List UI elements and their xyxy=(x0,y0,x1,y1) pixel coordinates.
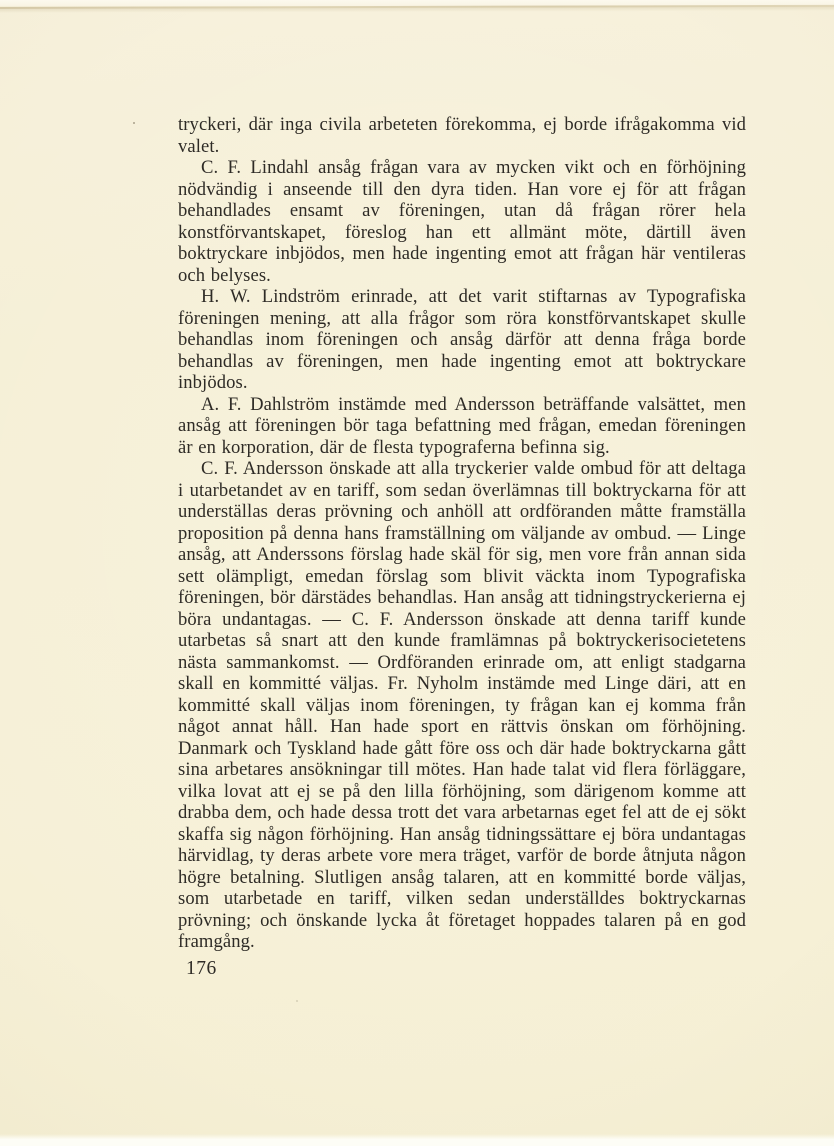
paragraph-lindahl: C. F. Lindahl ansåg frågan vara av mycke… xyxy=(178,157,746,286)
scanned-book-page: tryckeri, där inga civila arbeteten före… xyxy=(0,0,834,1146)
page-edge-shadow xyxy=(0,7,834,13)
paper-speck xyxy=(545,123,547,124)
paragraph-continuation: tryckeri, där inga civila arbeteten före… xyxy=(178,114,746,157)
paragraph-dahlstrom: A. F. Dahlström instämde med Andersson b… xyxy=(178,394,746,459)
text-block: tryckeri, där inga civila arbeteten före… xyxy=(178,114,746,953)
scanner-bed-bottom-strip xyxy=(0,1134,834,1146)
page-number: 176 xyxy=(186,958,217,980)
paragraph-andersson: C. F. Andersson önskade att alla trycker… xyxy=(178,458,746,953)
paper-speck xyxy=(296,1000,298,1002)
paper-speck xyxy=(133,122,135,124)
paragraph-lindstrom: H. W. Lindström erinrade, att det varit … xyxy=(178,286,746,394)
